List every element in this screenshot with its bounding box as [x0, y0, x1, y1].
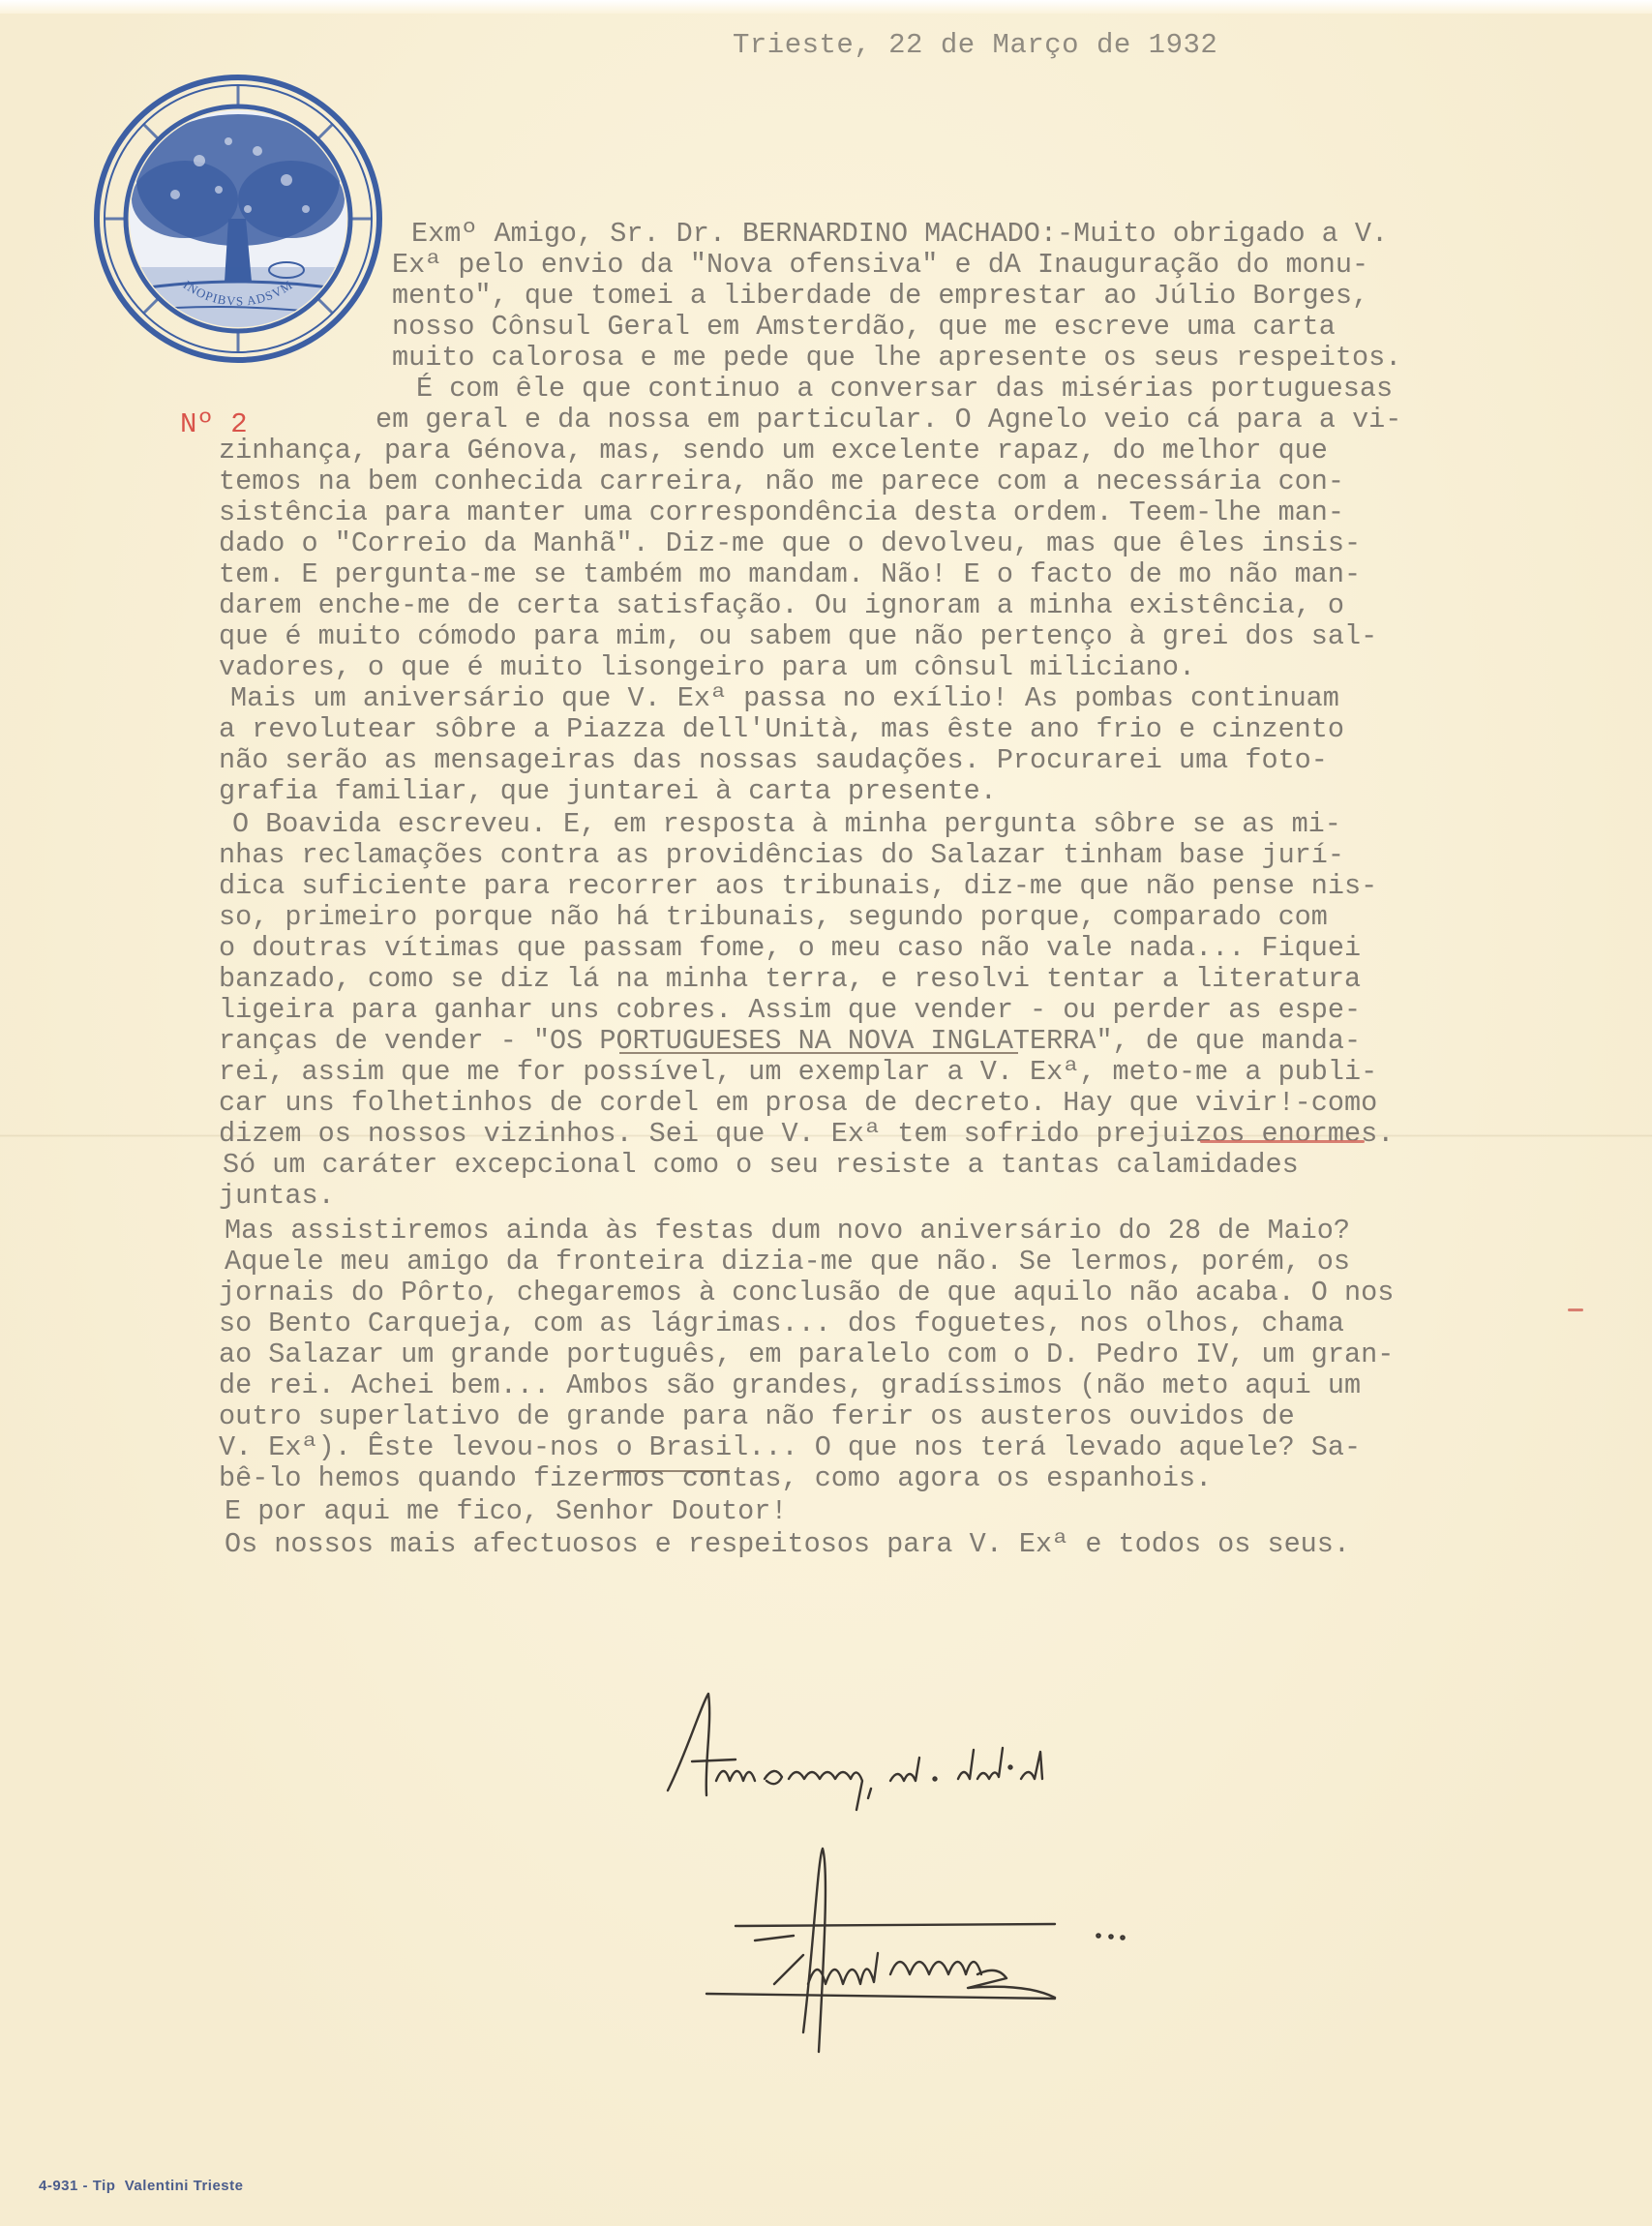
- body-line: a revolutear sôbre a Piazza dell'Unità, …: [219, 714, 1344, 745]
- body-line: temos na bem conhecida carreira, não me …: [219, 466, 1344, 497]
- body-line: É com êle que continuo a conversar das m…: [416, 374, 1393, 405]
- body-line: rei, assim que me for possível, um exemp…: [219, 1057, 1377, 1088]
- underline-book-title: [619, 1052, 1018, 1054]
- dateline: Trieste, 22 de Março de 1932: [733, 29, 1217, 61]
- body-line: V. Exª). Êste levou-nos o Brasil... O qu…: [219, 1432, 1361, 1463]
- body-line: muito calorosa e me pede que lhe apresen…: [392, 343, 1401, 374]
- body-line: Aquele meu amigo da fronteira dizia-me q…: [225, 1247, 1350, 1278]
- body-line: nhas reclamações contra as providências …: [219, 840, 1344, 871]
- body-line: tem. E pergunta-me se também mo mandam. …: [219, 559, 1361, 590]
- body-line: mento", que tomei a liberdade de emprest…: [392, 281, 1368, 312]
- body-line: o doutras vítimas que passam fome, o meu…: [219, 933, 1361, 964]
- body-line: Exmº Amigo, Sr. Dr. BERNARDINO MACHADO:-…: [411, 219, 1388, 250]
- body-line: Só um caráter excepcional como o seu res…: [223, 1150, 1299, 1181]
- body-line: vadores, o que é muito lisongeiro para u…: [219, 652, 1195, 683]
- body-line: que é muito cómodo para mim, ou sabem qu…: [219, 621, 1377, 652]
- body-line: ligeira para ganhar uns cobres. Assim qu…: [219, 995, 1361, 1026]
- body-line: dado o "Correio da Manhã". Diz-me que o …: [219, 528, 1361, 559]
- body-line: não serão as mensageiras das nossas saud…: [219, 745, 1328, 776]
- handwritten-signature-icon: [648, 1665, 1268, 2071]
- body-line: so Bento Carqueja, com as lágrimas... do…: [219, 1309, 1344, 1339]
- body-line: outro superlativo de grande para não fer…: [219, 1401, 1295, 1432]
- body-line: de rei. Achei bem... Ambos são grandes, …: [219, 1370, 1361, 1401]
- body-line: ao Salazar um grande português, em paral…: [219, 1339, 1394, 1370]
- body-line: Mais um aniversário que V. Exª passa no …: [230, 683, 1339, 714]
- printer-imprint: 4-931 - Tip Valentini Trieste: [39, 2178, 243, 2194]
- red-underline-nos: [1568, 1309, 1583, 1311]
- body-line: bê-lo hemos quando fizermos contas, como…: [219, 1463, 1212, 1494]
- body-line: Exª pelo envio da "Nova ofensiva" e dA I…: [392, 250, 1368, 281]
- body-line: banzado, como se diz lá na minha terra, …: [219, 964, 1361, 995]
- body-line: dica suficiente para recorrer aos tribun…: [219, 871, 1377, 902]
- body-line: E por aqui me fico, Senhor Doutor!: [225, 1496, 788, 1527]
- body-line: Mas assistiremos ainda às festas dum nov…: [225, 1216, 1350, 1247]
- body-line: sistência para manter uma correspondênci…: [219, 497, 1344, 528]
- underline-grande: [614, 1470, 730, 1472]
- body-line: zinhança, para Génova, mas, sendo um exc…: [219, 436, 1328, 466]
- letterhead-seal-icon: POTENTIBVS OBSTO INOPIBVS ADSVM: [93, 74, 383, 364]
- body-line: jornais do Pôrto, chegaremos à conclusão…: [219, 1278, 1394, 1309]
- body-line: em geral e da nossa em particular. O Agn…: [375, 405, 1401, 436]
- body-line: O Boavida escreveu. E, em resposta à min…: [232, 809, 1341, 840]
- body-line: juntas.: [219, 1181, 335, 1212]
- paper-top-edge: [0, 0, 1652, 14]
- seal-motto-top: POTENTIBVS OBSTO: [93, 74, 229, 76]
- body-line: dizem os nossos vizinhos. Sei que V. Exª…: [219, 1119, 1394, 1150]
- body-line: car uns folhetinhos de cordel em prosa d…: [219, 1088, 1377, 1119]
- body-line: grafia familiar, que juntarei à carta pr…: [219, 776, 997, 807]
- body-line: so, primeiro porque não há tribunais, se…: [219, 902, 1328, 933]
- body-line: Os nossos mais afectuosos e respeitosos …: [225, 1529, 1350, 1560]
- red-underline-hay-que-vivir: [1200, 1140, 1365, 1143]
- body-line: darem enche-me de certa satisfação. Ou i…: [219, 590, 1344, 621]
- letter-body: Exmº Amigo, Sr. Dr. BERNARDINO MACHADO:-…: [0, 0, 33, 1371]
- body-line: nosso Cônsul Geral em Amsterdão, que me …: [392, 312, 1336, 343]
